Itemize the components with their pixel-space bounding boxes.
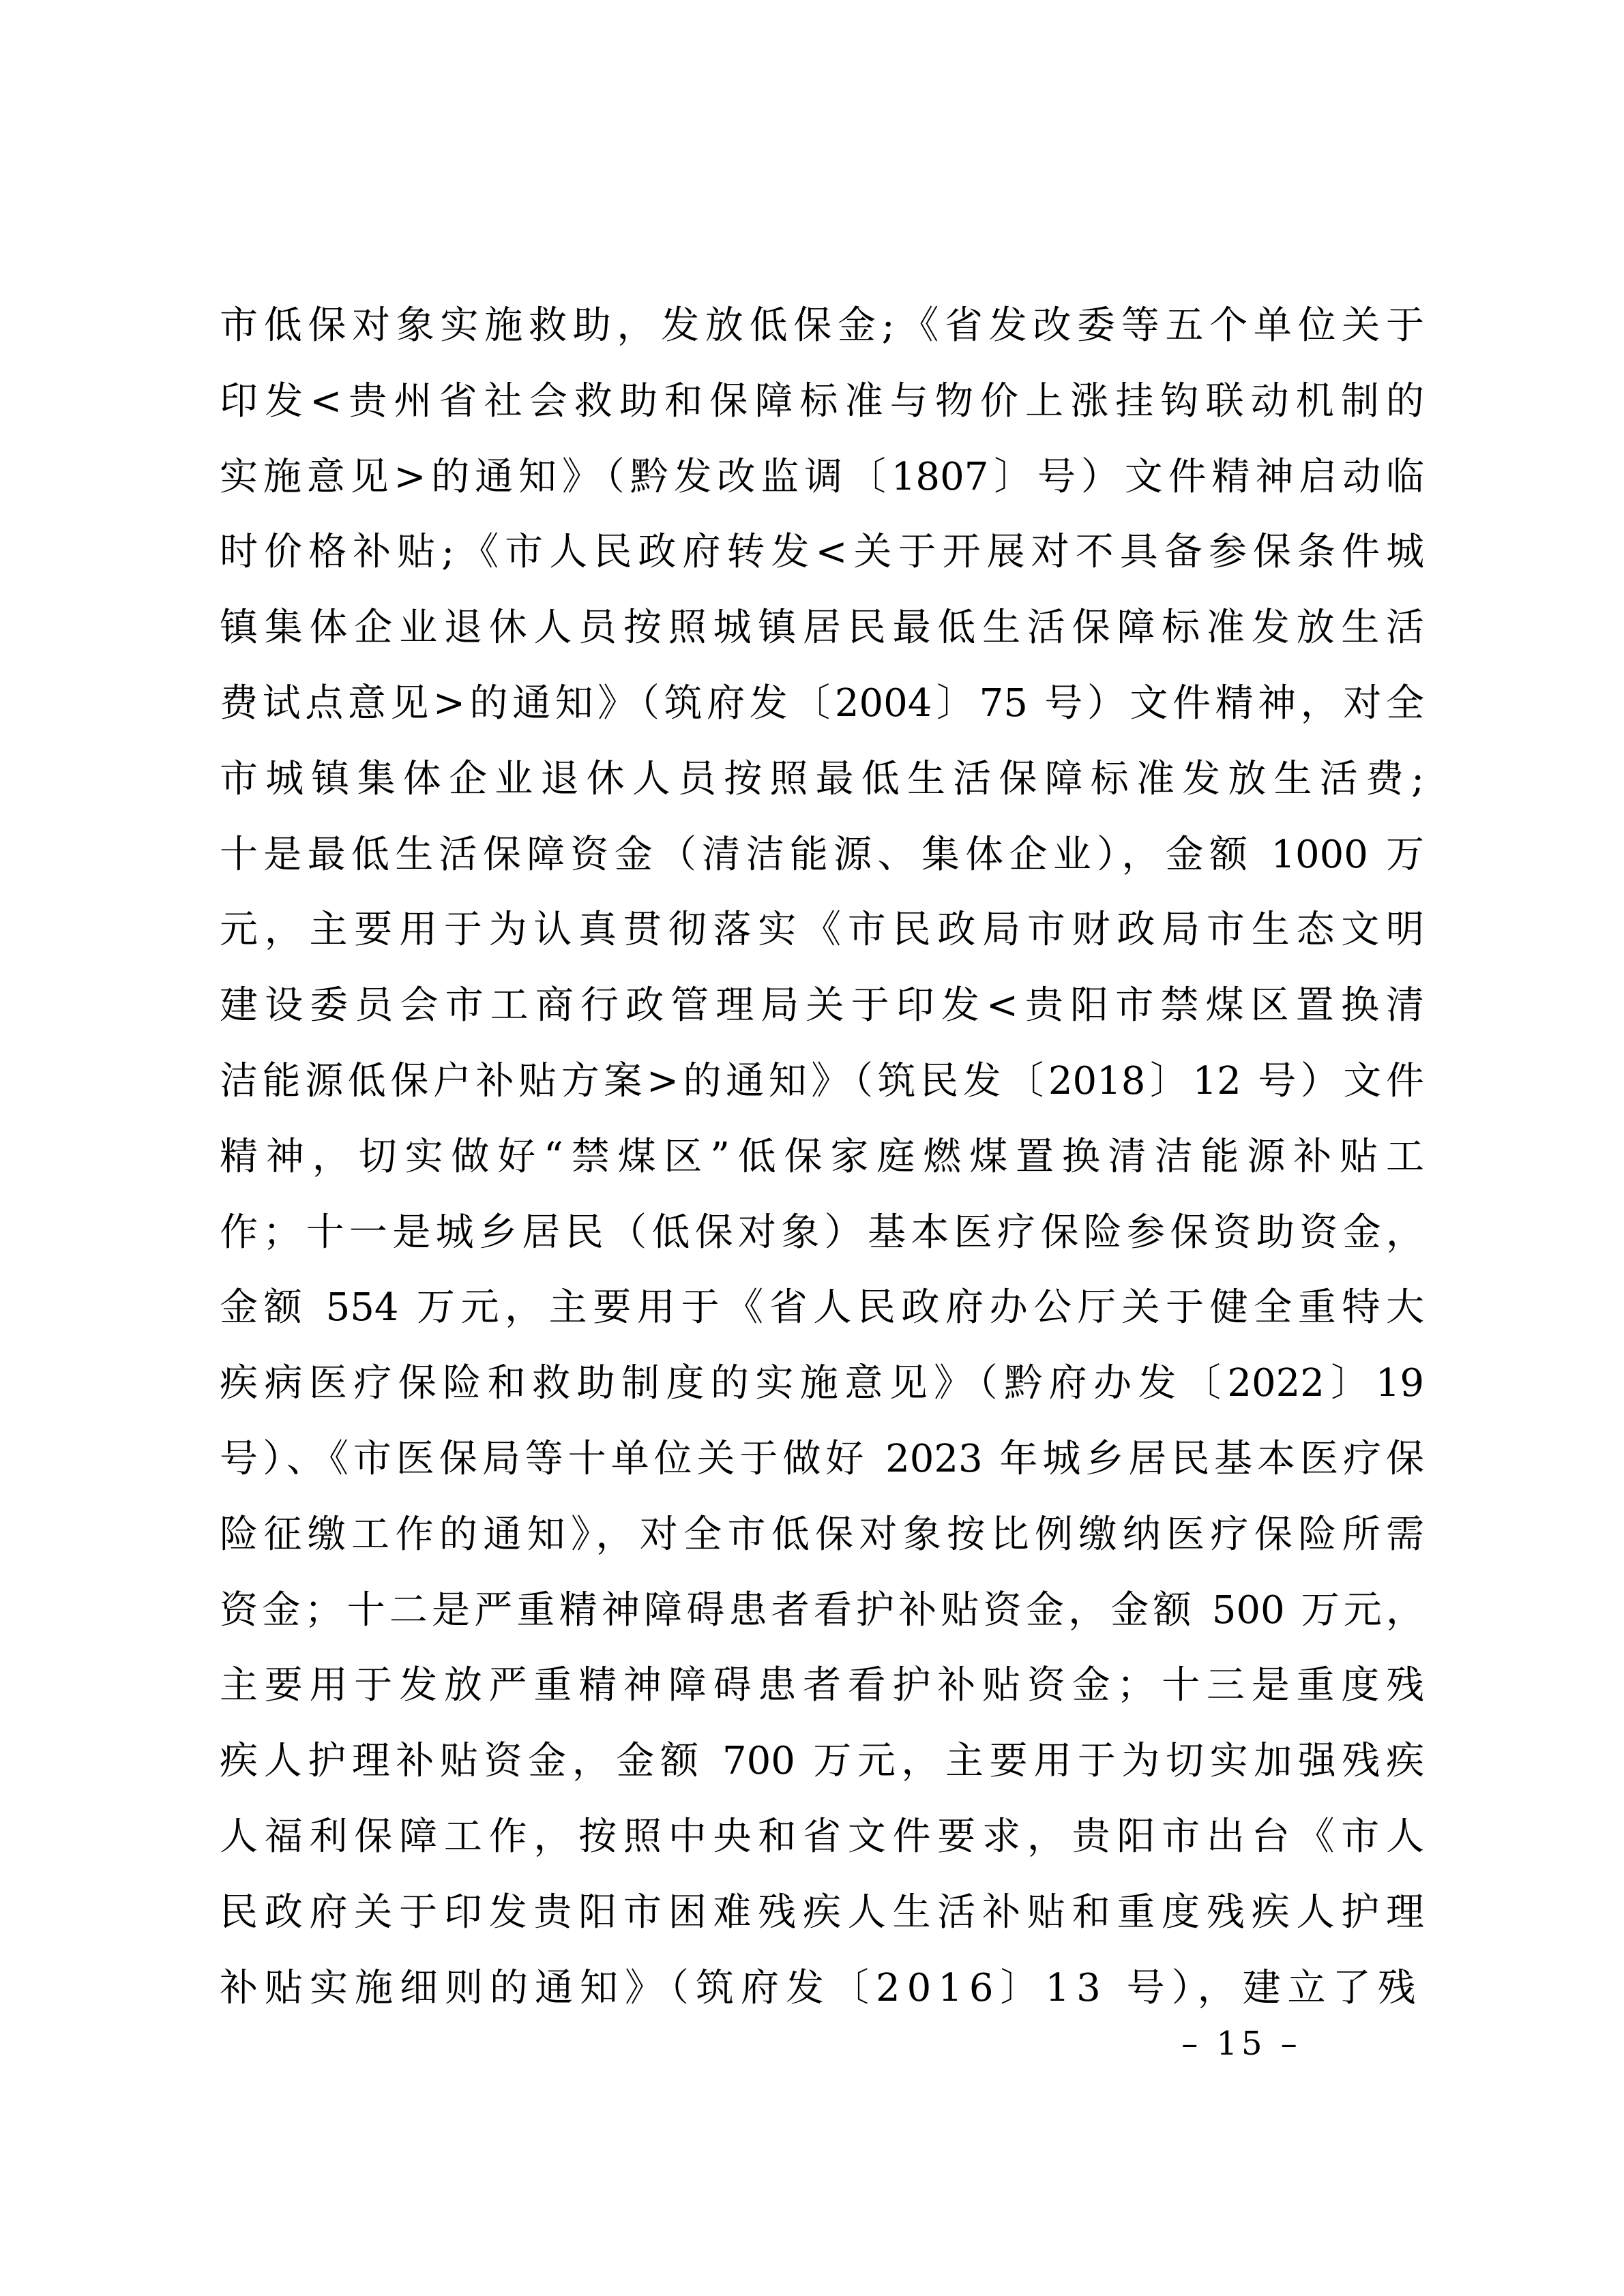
body-line: 实施意见>的通知》（黔发改监调〔1807〕号）文件精神启动临: [220, 440, 1424, 516]
body-line: 作；十一是城乡居民（低保对象）基本医疗保险参保资助资金，: [220, 1195, 1424, 1271]
body-line: 洁能源低保户补贴方案>的通知》（筑民发〔2018〕12 号）文件: [220, 1044, 1424, 1120]
document-page: 市低保对象实施救助，发放低保金;《省发改委等五个单位关于 印发<贵州省社会救助和…: [0, 0, 1624, 2296]
body-line: 疾人护理补贴资金，金额 700 万元，主要用于为切实加强残疾: [220, 1724, 1424, 1800]
body-line: 时价格补贴;《市人民政府转发<关于开展对不具备参保条件城: [220, 515, 1424, 591]
body-line: 疾病医疗保险和救助制度的实施意见》（黔府办发〔2022〕19: [220, 1346, 1424, 1422]
body-line: 资金；十二是严重精神障碍患者看护补贴资金，金额 500 万元，: [220, 1573, 1424, 1649]
body-line: 镇集体企业退休人员按照城镇居民最低生活保障标准发放生活: [220, 591, 1424, 666]
body-line: 精神，切实做好“禁煤区”低保家庭燃煤置换清洁能源补贴工: [220, 1120, 1424, 1195]
body-text-block: 市低保对象实施救助，发放低保金;《省发改委等五个单位关于 印发<贵州省社会救助和…: [220, 288, 1424, 2026]
body-line: 印发<贵州省社会救助和保障标准与物价上涨挂钩联动机制的: [220, 364, 1424, 440]
body-line: 险征缴工作的通知》，对全市低保对象按比例缴纳医疗保险所需: [220, 1497, 1424, 1573]
body-line: 主要用于发放严重精神障碍患者看护补贴资金；十三是重度残: [220, 1648, 1424, 1724]
body-line: 金额 554 万元，主要用于《省人民政府办公厅关于健全重特大: [220, 1270, 1424, 1346]
body-line: 补贴实施细则的通知》（筑府发〔2016〕13 号），建立了残疾人: [220, 1951, 1424, 2027]
body-line: 民政府关于印发贵阳市困难残疾人生活补贴和重度残疾人护理: [220, 1875, 1424, 1951]
body-line: 市低保对象实施救助，发放低保金;《省发改委等五个单位关于: [220, 288, 1424, 364]
body-line: 人福利保障工作，按照中央和省文件要求，贵阳市出台《市人: [220, 1800, 1424, 1875]
body-line: 费试点意见>的通知》（筑府发〔2004〕75 号）文件精神，对全: [220, 666, 1424, 742]
body-line: 号）、《市医保局等十单位关于做好 2023 年城乡居民基本医疗保: [220, 1422, 1424, 1497]
body-line: 市城镇集体企业退休人员按照最低生活保障标准发放生活费;: [220, 742, 1424, 818]
page-number: – 15 –: [1153, 2020, 1330, 2068]
body-line: 建设委员会市工商行政管理局关于印发<贵阳市禁煤区置换清: [220, 968, 1424, 1044]
body-line: 元，主要用于为认真贯彻落实《市民政局市财政局市生态文明: [220, 893, 1424, 968]
body-line: 十是最低生活保障资金（清洁能源、集体企业），金额 1000 万: [220, 818, 1424, 893]
